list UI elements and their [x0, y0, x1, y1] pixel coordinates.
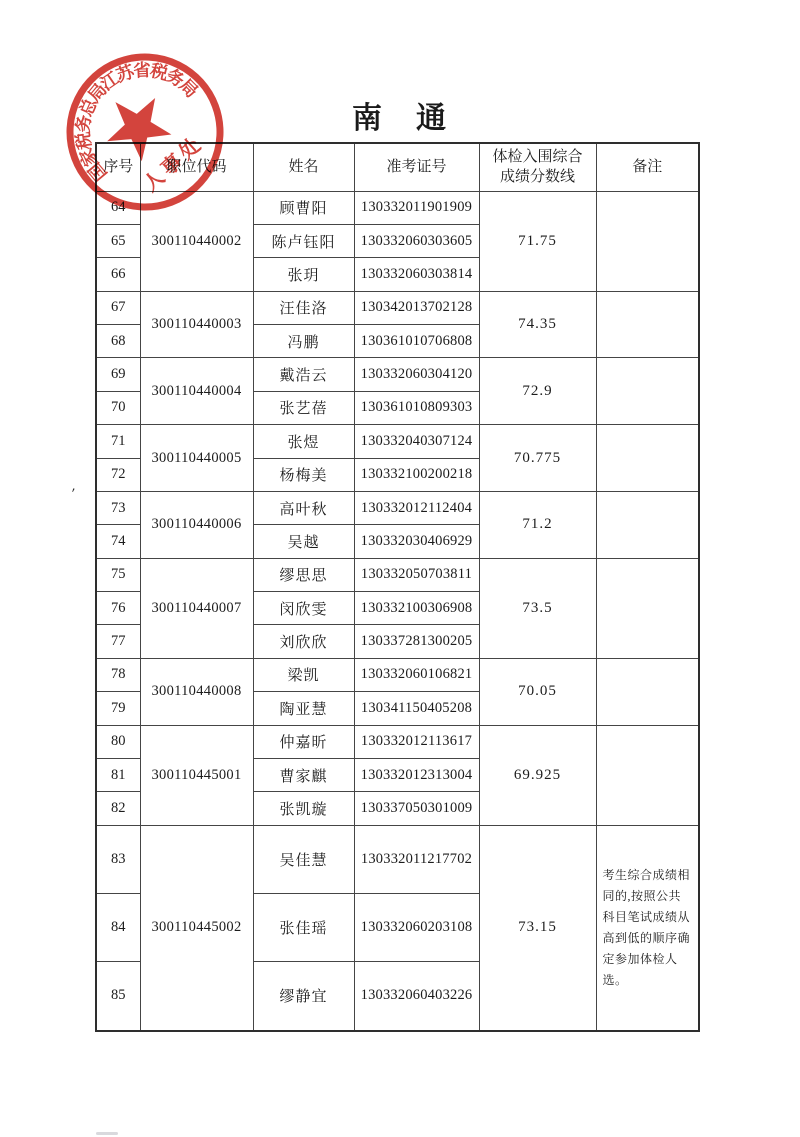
- seq-cell: 73: [96, 491, 140, 524]
- score-cell: 71.2: [479, 491, 596, 558]
- seq-cell: 67: [96, 291, 140, 324]
- remark-cell: [596, 291, 699, 358]
- page-title: 南 通: [0, 93, 800, 137]
- ticket-number-cell: 130332050703811: [354, 558, 479, 591]
- score-cell: 70.775: [479, 425, 596, 492]
- ticket-number-cell: 130332060106821: [354, 658, 479, 691]
- name-cell: 陶亚慧: [253, 692, 354, 725]
- ticket-number-cell: 130337281300205: [354, 625, 479, 658]
- name-cell: 张煜: [253, 425, 354, 458]
- remark-cell: [596, 725, 699, 825]
- name-cell: 缪静宜: [253, 961, 354, 1031]
- score-cell: 73.5: [479, 558, 596, 658]
- ticket-number-cell: 130332011901909: [354, 191, 479, 224]
- name-cell: 杨梅美: [253, 458, 354, 491]
- seq-cell: 83: [96, 825, 140, 893]
- stray-pen-mark: ': [68, 486, 75, 503]
- name-cell: 戴浩云: [253, 358, 354, 391]
- seq-cell: 81: [96, 758, 140, 791]
- position-code-cell: 300110440004: [140, 358, 253, 425]
- ticket-number-cell: 130332060203108: [354, 893, 479, 961]
- header-seq: 序号: [96, 143, 140, 191]
- score-cell: 73.15: [479, 825, 596, 1031]
- seq-cell: 85: [96, 961, 140, 1031]
- score-cell: 70.05: [479, 658, 596, 725]
- name-cell: 张玥: [253, 258, 354, 291]
- seq-cell: 66: [96, 258, 140, 291]
- remark-cell: [596, 425, 699, 492]
- name-cell: 刘欣欣: [253, 625, 354, 658]
- seq-cell: 72: [96, 458, 140, 491]
- position-code-cell: 300110440008: [140, 658, 253, 725]
- table-row: 64300110440002顾曹阳13033201190190971.75: [96, 191, 699, 224]
- name-cell: 缪思思: [253, 558, 354, 591]
- position-code-cell: 300110445001: [140, 725, 253, 825]
- name-cell: 汪佳洛: [253, 291, 354, 324]
- ticket-number-cell: 130337050301009: [354, 792, 479, 825]
- position-code-cell: 300110440007: [140, 558, 253, 658]
- seq-cell: 84: [96, 893, 140, 961]
- ticket-number-cell: 130332060403226: [354, 961, 479, 1031]
- seq-cell: 64: [96, 191, 140, 224]
- header-position-code: 职位代码: [140, 143, 253, 191]
- seq-cell: 77: [96, 625, 140, 658]
- name-cell: 张凯璇: [253, 792, 354, 825]
- table-row: 83300110445002吴佳慧13033201121770273.15考生综…: [96, 825, 699, 893]
- ticket-number-cell: 130332012113617: [354, 725, 479, 758]
- seq-cell: 76: [96, 592, 140, 625]
- header-row: 序号 职位代码 姓名 准考证号 体检入围综合成绩分数线 备注: [96, 143, 699, 191]
- seq-cell: 79: [96, 692, 140, 725]
- table-body: 64300110440002顾曹阳13033201190190971.7565陈…: [96, 191, 699, 1031]
- ticket-number-cell: 130332040307124: [354, 425, 479, 458]
- seq-cell: 78: [96, 658, 140, 691]
- seq-cell: 65: [96, 224, 140, 257]
- ticket-number-cell: 130332012313004: [354, 758, 479, 791]
- score-cell: 71.75: [479, 191, 596, 291]
- ticket-number-cell: 130332100200218: [354, 458, 479, 491]
- results-table: 序号 职位代码 姓名 准考证号 体检入围综合成绩分数线 备注 643001104…: [95, 142, 700, 1032]
- table-row: 75300110440007缪思思13033205070381173.5: [96, 558, 699, 591]
- ticket-number-cell: 130332011217702: [354, 825, 479, 893]
- seq-cell: 70: [96, 391, 140, 424]
- seq-cell: 69: [96, 358, 140, 391]
- seq-cell: 75: [96, 558, 140, 591]
- ticket-number-cell: 130332060304120: [354, 358, 479, 391]
- table-row: 80300110445001仲嘉昕13033201211361769.925: [96, 725, 699, 758]
- name-cell: 冯鹏: [253, 325, 354, 358]
- score-cell: 72.9: [479, 358, 596, 425]
- ticket-number-cell: 130341150405208: [354, 692, 479, 725]
- name-cell: 张艺蓓: [253, 391, 354, 424]
- table-row: 78300110440008梁凯13033206010682170.05: [96, 658, 699, 691]
- ticket-number-cell: 130332100306908: [354, 592, 479, 625]
- remark-cell: [596, 491, 699, 558]
- name-cell: 曹家麒: [253, 758, 354, 791]
- name-cell: 陈卢钰阳: [253, 224, 354, 257]
- header-remark: 备注: [596, 143, 699, 191]
- ticket-number-cell: 130332012112404: [354, 491, 479, 524]
- seq-cell: 71: [96, 425, 140, 458]
- score-cell: 74.35: [479, 291, 596, 358]
- header-name: 姓名: [253, 143, 354, 191]
- position-code-cell: 300110440003: [140, 291, 253, 358]
- ticket-number-cell: 130332030406929: [354, 525, 479, 558]
- table-row: 67300110440003汪佳洛13034201370212874.35: [96, 291, 699, 324]
- seq-cell: 68: [96, 325, 140, 358]
- ticket-number-cell: 130332060303605: [354, 224, 479, 257]
- table-row: 73300110440006高叶秋13033201211240471.2: [96, 491, 699, 524]
- header-score-line: 体检入围综合成绩分数线: [479, 143, 596, 191]
- seq-cell: 80: [96, 725, 140, 758]
- score-cell: 69.925: [479, 725, 596, 825]
- name-cell: 张佳瑶: [253, 893, 354, 961]
- seq-cell: 82: [96, 792, 140, 825]
- table-row: 71300110440005张煜13033204030712470.775: [96, 425, 699, 458]
- position-code-cell: 300110445002: [140, 825, 253, 1031]
- name-cell: 吴佳慧: [253, 825, 354, 893]
- name-cell: 吴越: [253, 525, 354, 558]
- position-code-cell: 300110440006: [140, 491, 253, 558]
- name-cell: 闵欣雯: [253, 592, 354, 625]
- name-cell: 顾曹阳: [253, 191, 354, 224]
- scan-smudge: [96, 1132, 118, 1135]
- remark-cell: [596, 191, 699, 291]
- name-cell: 梁凯: [253, 658, 354, 691]
- ticket-number-cell: 130332060303814: [354, 258, 479, 291]
- seq-cell: 74: [96, 525, 140, 558]
- ticket-number-cell: 130361010706808: [354, 325, 479, 358]
- position-code-cell: 300110440002: [140, 191, 253, 291]
- ticket-number-cell: 130342013702128: [354, 291, 479, 324]
- name-cell: 高叶秋: [253, 491, 354, 524]
- name-cell: 仲嘉昕: [253, 725, 354, 758]
- remark-cell: 考生综合成绩相同的,按照公共科目笔试成绩从高到低的顺序确定参加体检人选。: [596, 825, 699, 1031]
- table-row: 69300110440004戴浩云13033206030412072.9: [96, 358, 699, 391]
- remark-cell: [596, 558, 699, 658]
- position-code-cell: 300110440005: [140, 425, 253, 492]
- header-ticket-number: 准考证号: [354, 143, 479, 191]
- remark-cell: [596, 358, 699, 425]
- remark-cell: [596, 658, 699, 725]
- ticket-number-cell: 130361010809303: [354, 391, 479, 424]
